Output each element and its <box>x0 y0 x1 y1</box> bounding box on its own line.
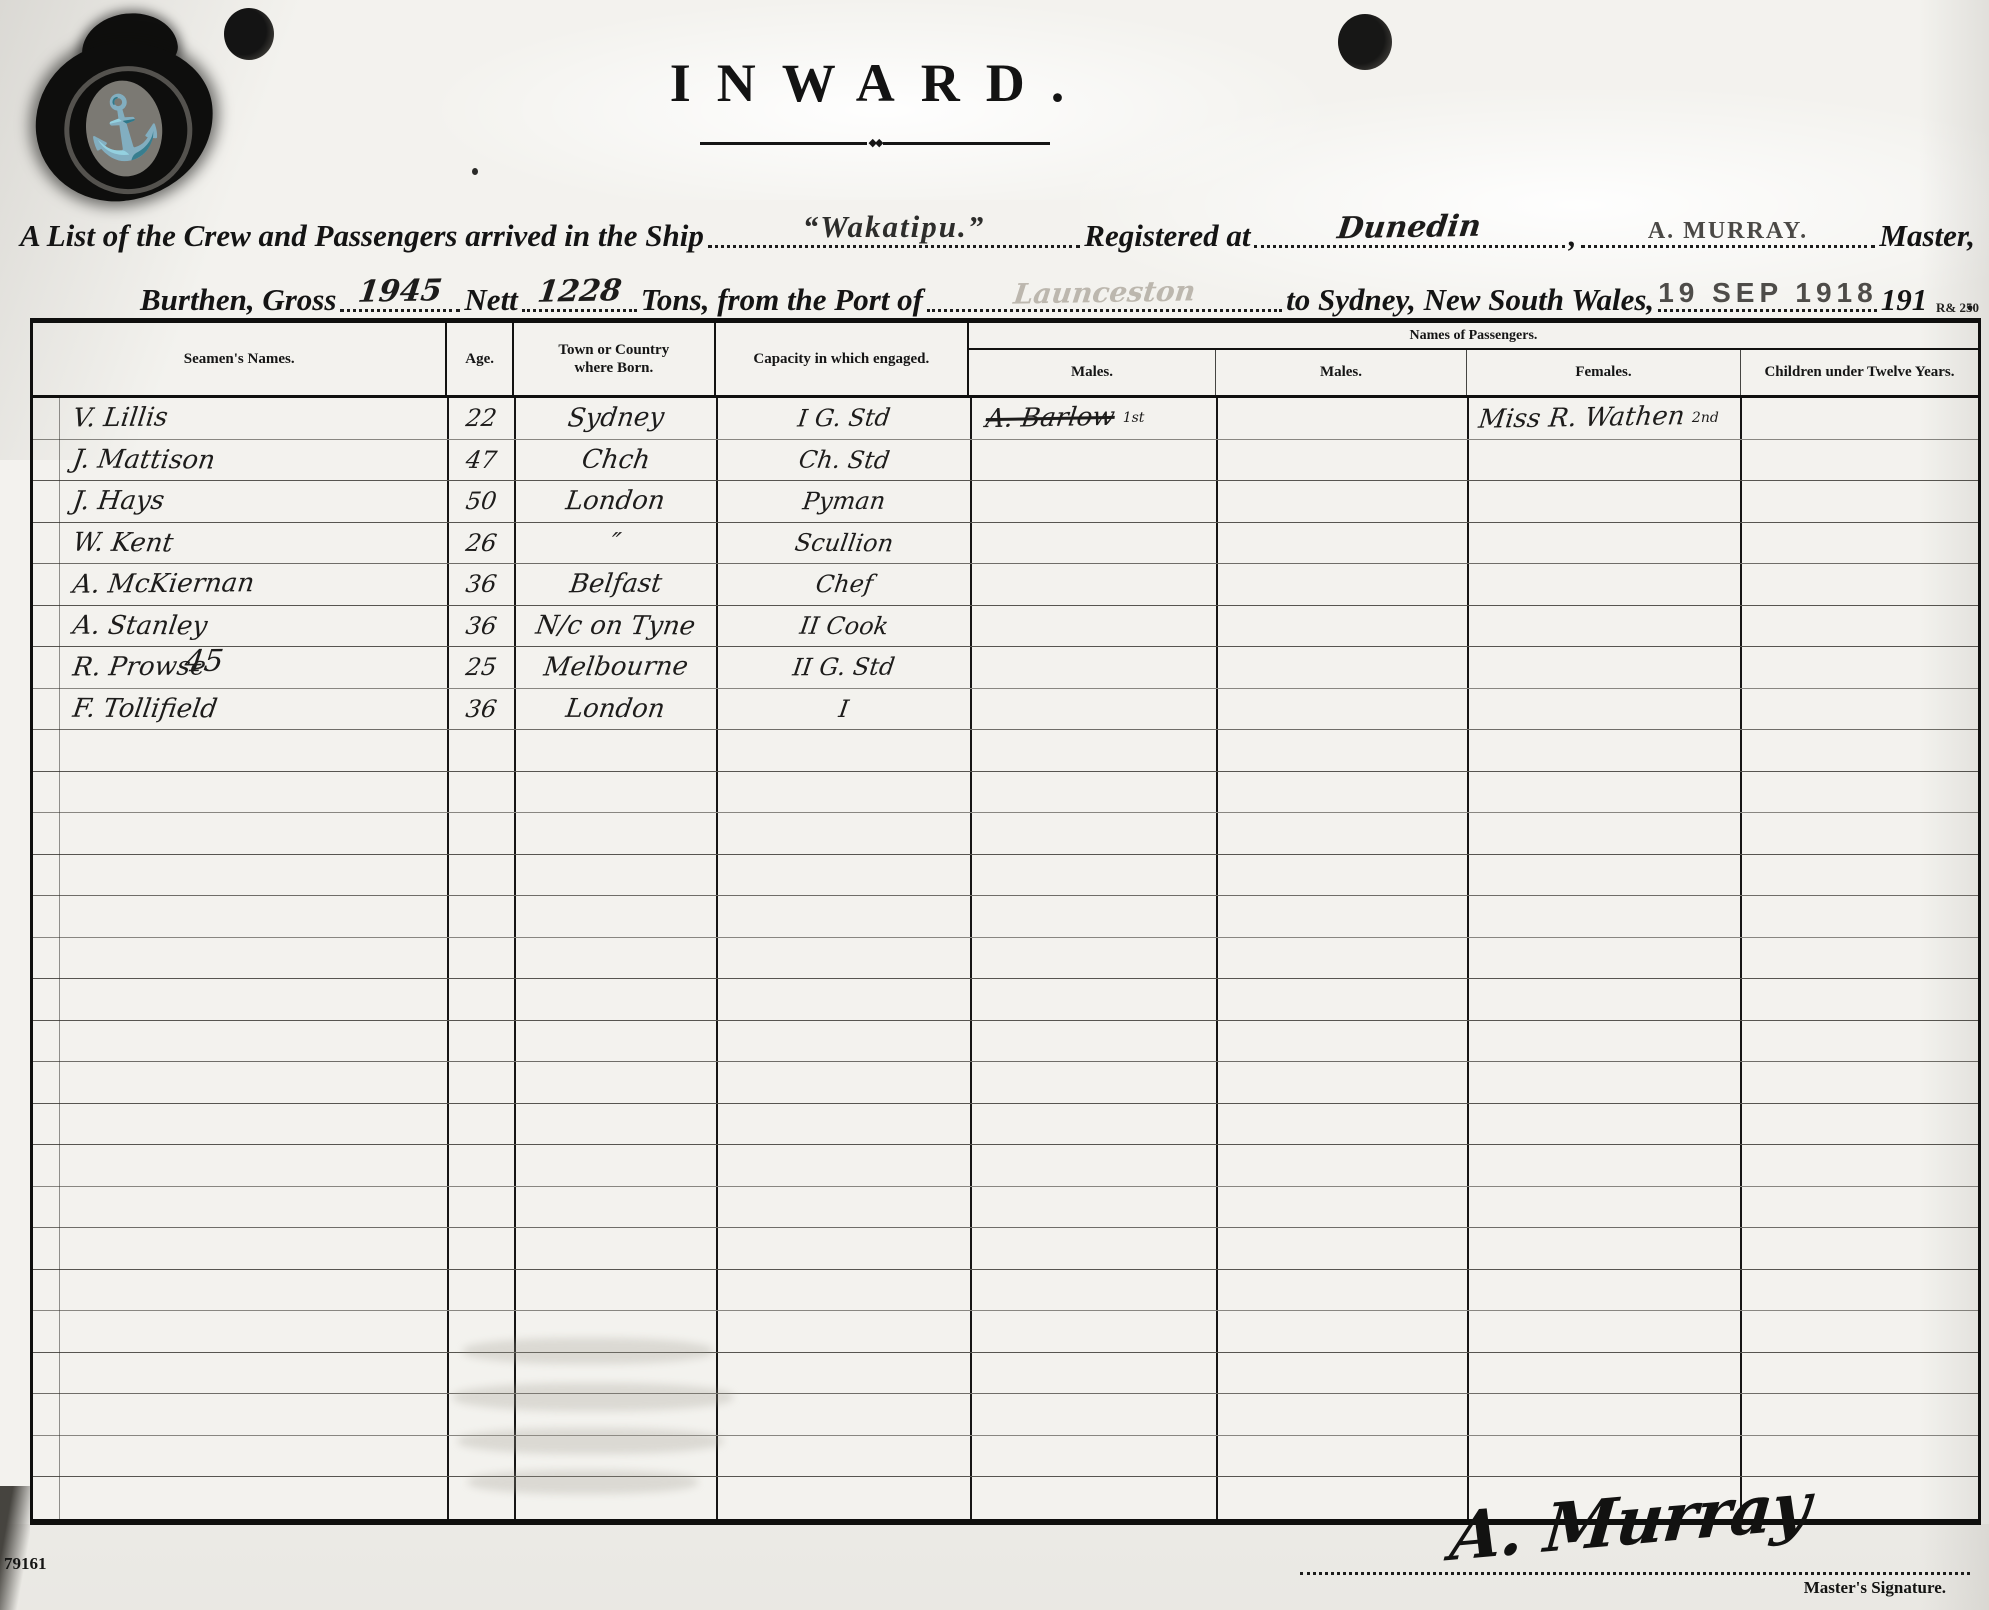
cell-males-2 <box>1218 689 1468 730</box>
cell-town: Chch <box>516 440 718 481</box>
table-row: A. McKiernan36BelfastChef <box>33 564 1978 606</box>
cell-capacity <box>718 1394 972 1435</box>
table-row: W. Kent26″Scullion <box>33 523 1978 565</box>
passenger-female-annotation: 2nd <box>1692 410 1719 426</box>
cell-seaman-name <box>33 1228 449 1269</box>
cell-males-1 <box>972 1477 1218 1519</box>
cell-age: 50 <box>449 481 516 522</box>
form-code: R& 250 <box>1936 300 1979 316</box>
cell-seaman-name: R. Prowse <box>33 647 449 688</box>
cell-males-2 <box>1218 1394 1468 1435</box>
table-row <box>33 1104 1978 1146</box>
burthen-label: Burthen, Gross <box>20 282 336 318</box>
cell-females <box>1469 689 1742 730</box>
table-row <box>33 1187 1978 1229</box>
cell-males-2 <box>1218 896 1468 937</box>
table-row <box>33 979 1978 1021</box>
cell-males-1 <box>972 1228 1218 1269</box>
cell-capacity: Ch. Std <box>718 440 972 481</box>
table-row <box>33 938 1978 980</box>
cell-seaman-name <box>33 1021 449 1062</box>
cell-age <box>449 1270 516 1311</box>
cell-seaman-name <box>33 730 449 771</box>
cell-children <box>1742 398 1978 439</box>
cell-males-1 <box>972 772 1218 813</box>
page-title: INWARD. <box>0 52 1760 114</box>
bleed-through-mark <box>468 1470 698 1494</box>
handwritten-entry: Chef <box>814 570 875 598</box>
cell-females <box>1469 1145 1742 1186</box>
table-row <box>33 1145 1978 1187</box>
table-row: R. Prowse25MelbourneII G. Std <box>33 647 1978 689</box>
signature-line <box>1300 1572 1970 1575</box>
table-row: F. Tollifield36LondonI <box>33 689 1978 731</box>
cell-town: Melbourne <box>516 647 718 688</box>
ornament-line <box>700 142 867 145</box>
cell-capacity <box>718 772 972 813</box>
cell-seaman-name: F. Tollifield <box>33 689 449 730</box>
table-header: Seamen's Names. Age. Town or Countrywher… <box>30 318 1981 398</box>
cell-children <box>1742 1394 1978 1435</box>
cell-town: Sydney <box>516 398 718 439</box>
header-town: Town or Countrywhere Born. <box>514 323 716 395</box>
table-body: 45 V. Lillis22SydneyI G. StdA. Barlow1st… <box>30 398 1981 1525</box>
cell-capacity: II Cook <box>718 606 972 647</box>
cell-age: 25 <box>449 647 516 688</box>
cell-males-2 <box>1218 481 1468 522</box>
cell-females <box>1469 938 1742 979</box>
cell-capacity: I G. Std <box>718 398 972 439</box>
cell-age: 36 <box>449 606 516 647</box>
ornament-diamond-icon: ◆◆ <box>867 138 884 149</box>
destination-label: to Sydney, New South Wales, <box>1286 282 1654 318</box>
passenger-male-annotation: 1st <box>1123 410 1145 426</box>
cell-children <box>1742 1021 1978 1062</box>
cell-seaman-name: J. Mattison <box>33 440 449 481</box>
cell-town <box>516 1187 718 1228</box>
bleed-through-mark <box>463 1338 713 1364</box>
cell-age <box>449 772 516 813</box>
scan-edge-shadow <box>0 1486 30 1610</box>
handwritten-entry: Chch <box>580 445 652 475</box>
cell-age <box>449 1228 516 1269</box>
registered-at-value: Dunedin <box>1252 207 1567 247</box>
handwritten-entry: Pyman <box>801 487 887 515</box>
cell-town: N/c on Tyne <box>516 606 718 647</box>
cell-children <box>1742 772 1978 813</box>
signature-block: A. Murray Master's Signature. <box>1280 1496 1980 1606</box>
ornament-line <box>883 142 1050 145</box>
cell-children <box>1742 855 1978 896</box>
cell-seaman-name: A. Stanley <box>33 606 449 647</box>
cell-females <box>1469 606 1742 647</box>
cell-town <box>516 730 718 771</box>
cell-females <box>1469 1353 1742 1394</box>
cell-age <box>449 938 516 979</box>
header-age: Age. <box>447 323 514 395</box>
cell-children <box>1742 1353 1978 1394</box>
cell-capacity: Scullion <box>718 523 972 564</box>
cell-age <box>449 813 516 854</box>
cell-males-2 <box>1218 606 1468 647</box>
handwritten-entry: V. Lillis <box>71 403 170 434</box>
cell-females <box>1469 1228 1742 1269</box>
port-field: Launceston <box>927 301 1282 312</box>
table-row <box>33 1021 1978 1063</box>
cell-seaman-name <box>33 1145 449 1186</box>
cell-males-1 <box>972 1104 1218 1145</box>
cell-seaman-name <box>33 979 449 1020</box>
cell-town: London <box>516 689 718 730</box>
registered-at-label: Registered at <box>1084 218 1250 254</box>
handwritten-entry: II G. Std <box>791 653 896 682</box>
cell-age: 36 <box>449 689 516 730</box>
cell-town <box>516 979 718 1020</box>
cell-females <box>1469 523 1742 564</box>
cell-children <box>1742 440 1978 481</box>
table-row <box>33 1394 1978 1436</box>
cell-females <box>1469 1394 1742 1435</box>
form-line-ship: A List of the Crew and Passengers arrive… <box>20 198 1975 254</box>
handwritten-entry: A. Stanley <box>71 610 209 641</box>
cell-age: 22 <box>449 398 516 439</box>
cell-seaman-name <box>33 855 449 896</box>
cell-children <box>1742 1104 1978 1145</box>
cell-capacity <box>718 813 972 854</box>
cell-seaman-name <box>33 1104 449 1145</box>
master-name-field: A. MURRAY. <box>1581 237 1876 248</box>
ship-line-prefix: A List of the Crew and Passengers arrive… <box>20 218 704 254</box>
cell-town <box>516 1104 718 1145</box>
cell-females <box>1469 440 1742 481</box>
cell-males-1 <box>972 730 1218 771</box>
cell-capacity: II G. Std <box>718 647 972 688</box>
cell-age <box>449 730 516 771</box>
header-children: Children under Twelve Years. <box>1741 350 1978 395</box>
cell-seaman-name: J. Hays <box>33 481 449 522</box>
handwritten-entry: Belfast <box>568 569 664 600</box>
cell-children <box>1742 1062 1978 1103</box>
cell-age <box>449 855 516 896</box>
handwritten-entry: Melbourne <box>542 652 690 683</box>
scanned-crew-list-document: ⚓ INWARD. ◆◆ A List of the Crew and Pass… <box>0 0 1989 1610</box>
cell-females: Miss R. Wathen2nd <box>1469 398 1742 439</box>
cell-capacity <box>718 730 972 771</box>
header-passengers-group: Names of Passengers. <box>969 323 1978 350</box>
cell-town <box>516 855 718 896</box>
cell-town: ″ <box>516 523 718 564</box>
handwritten-entry: W. Kent <box>71 527 175 558</box>
cell-males-2 <box>1218 1436 1468 1477</box>
table-row <box>33 772 1978 814</box>
cell-males-2 <box>1218 730 1468 771</box>
cell-females <box>1469 1104 1742 1145</box>
cell-males-2 <box>1218 979 1468 1020</box>
cell-children <box>1742 938 1978 979</box>
cell-males-2 <box>1218 1187 1468 1228</box>
table-row <box>33 855 1978 897</box>
cell-males-1 <box>972 979 1218 1020</box>
header-males-2: Males. <box>1216 350 1467 395</box>
cell-males-1 <box>972 523 1218 564</box>
cell-males-1 <box>972 1062 1218 1103</box>
cell-children <box>1742 523 1978 564</box>
registered-at-field: Dunedin <box>1254 237 1564 248</box>
cell-males-2 <box>1218 564 1468 605</box>
passenger-header-group: Names of Passengers. Males. Males. Femal… <box>969 323 1978 395</box>
cell-town: Belfast <box>516 564 718 605</box>
cell-males-2 <box>1218 647 1468 688</box>
handwritten-entry: London <box>564 486 667 517</box>
port-value-faint: Launceston <box>925 273 1285 312</box>
cell-capacity: I <box>718 689 972 730</box>
cell-males-2 <box>1218 1228 1468 1269</box>
handwritten-entry: Sydney <box>566 403 666 434</box>
cell-males-1 <box>972 896 1218 937</box>
gross-field: 1945 <box>340 301 460 312</box>
ink-speck <box>472 168 478 175</box>
handwritten-entry: 36 <box>464 612 499 640</box>
cell-males-2 <box>1218 1145 1468 1186</box>
cell-town <box>516 1270 718 1311</box>
cell-males-1 <box>972 1353 1218 1394</box>
cell-age <box>449 1104 516 1145</box>
handwritten-entry: J. Mattison <box>71 444 217 475</box>
cell-seaman-name <box>33 772 449 813</box>
nett-value: 1228 <box>520 273 640 310</box>
table-row <box>33 896 1978 938</box>
date-field: 19 SEP 1918 <box>1658 301 1877 312</box>
cell-males-1: A. Barlow1st <box>972 398 1218 439</box>
crew-passenger-table: Seamen's Names. Age. Town or Countrywher… <box>30 318 1981 1525</box>
cell-capacity <box>718 1436 972 1477</box>
cell-males-2 <box>1218 938 1468 979</box>
cell-females <box>1469 730 1742 771</box>
cell-capacity: Pyman <box>718 481 972 522</box>
table-row <box>33 1353 1978 1395</box>
cell-males-1 <box>972 481 1218 522</box>
header-females: Females. <box>1467 350 1741 395</box>
handwritten-entry: I <box>837 695 851 723</box>
cell-females <box>1469 896 1742 937</box>
cell-children <box>1742 481 1978 522</box>
header-males-1: Males. <box>969 350 1216 395</box>
cell-males-1 <box>972 1187 1218 1228</box>
cell-males-1 <box>972 606 1218 647</box>
cell-capacity <box>718 855 972 896</box>
cell-capacity <box>718 979 972 1020</box>
cell-males-1 <box>972 855 1218 896</box>
cell-capacity <box>718 1228 972 1269</box>
table-row: V. Lillis22SydneyI G. StdA. Barlow1stMis… <box>33 398 1978 440</box>
handwritten-entry: London <box>564 694 667 724</box>
cell-seaman-name: W. Kent <box>33 523 449 564</box>
nett-field: 1228 <box>522 301 637 312</box>
cell-age: 47 <box>449 440 516 481</box>
crew-total: 45 <box>183 644 226 680</box>
cell-capacity: Chef <box>718 564 972 605</box>
cell-females <box>1469 647 1742 688</box>
cell-age <box>449 1145 516 1186</box>
cell-males-2 <box>1218 1062 1468 1103</box>
cell-town <box>516 896 718 937</box>
cell-capacity <box>718 1145 972 1186</box>
cell-children <box>1742 1311 1978 1352</box>
cell-females <box>1469 772 1742 813</box>
cell-males-1 <box>972 1394 1218 1435</box>
master-name-stamp: A. MURRAY. <box>1581 218 1876 245</box>
cell-capacity <box>718 1187 972 1228</box>
cell-capacity <box>718 1311 972 1352</box>
cell-capacity <box>718 1270 972 1311</box>
cell-children <box>1742 730 1978 771</box>
cell-town <box>516 813 718 854</box>
handwritten-entry: 25 <box>464 653 498 681</box>
cell-females <box>1469 1311 1742 1352</box>
cell-capacity <box>718 1477 972 1519</box>
cell-town: London <box>516 481 718 522</box>
handwritten-entry: 36 <box>464 570 498 598</box>
cell-town <box>516 1145 718 1186</box>
cell-males-1 <box>972 564 1218 605</box>
cell-age: 36 <box>449 564 516 605</box>
table-row <box>33 1228 1978 1270</box>
cell-capacity <box>718 896 972 937</box>
cell-town <box>516 1228 718 1269</box>
handwritten-entry: 36 <box>464 695 499 723</box>
cell-capacity <box>718 1104 972 1145</box>
cell-children <box>1742 1145 1978 1186</box>
cell-seaman-name <box>33 1353 449 1394</box>
table-row: J. Hays50LondonPyman <box>33 481 1978 523</box>
handwritten-entry: Ch. Std <box>797 445 892 474</box>
cell-age <box>449 896 516 937</box>
cell-males-2 <box>1218 855 1468 896</box>
bleed-through-mark <box>453 1383 733 1411</box>
table-row: A. Stanley36N/c on TyneII Cook <box>33 606 1978 648</box>
cell-capacity <box>718 938 972 979</box>
cell-females <box>1469 979 1742 1020</box>
cell-males-2 <box>1218 772 1468 813</box>
cell-males-1 <box>972 1021 1218 1062</box>
cell-capacity <box>718 1021 972 1062</box>
cell-males-1 <box>972 813 1218 854</box>
cell-females <box>1469 1021 1742 1062</box>
cell-females <box>1469 1436 1742 1477</box>
cell-males-1 <box>972 647 1218 688</box>
handwritten-entry: 26 <box>464 529 499 557</box>
cell-children <box>1742 564 1978 605</box>
handwritten-entry: Scullion <box>793 528 895 557</box>
cell-males-1 <box>972 1270 1218 1311</box>
cell-males-1 <box>972 1145 1218 1186</box>
cell-seaman-name: A. McKiernan <box>33 564 449 605</box>
handwritten-entry: N/c on Tyne <box>534 610 697 641</box>
cell-seaman-name: V. Lillis <box>33 398 449 439</box>
handwritten-entry: J. Hays <box>71 486 166 516</box>
cell-children <box>1742 647 1978 688</box>
ship-name-field: “Wakatipu.” <box>708 237 1080 248</box>
cell-age: 26 <box>449 523 516 564</box>
cell-town <box>516 938 718 979</box>
cell-seaman-name <box>33 813 449 854</box>
table-row <box>33 1436 1978 1478</box>
cell-age <box>449 979 516 1020</box>
cell-males-2 <box>1218 398 1468 439</box>
cell-age <box>449 1021 516 1062</box>
year-prefix: 191 <box>1881 282 1928 318</box>
table-row <box>33 730 1978 772</box>
cell-town <box>516 1062 718 1103</box>
cell-town <box>516 772 718 813</box>
cell-children <box>1742 606 1978 647</box>
cell-females <box>1469 481 1742 522</box>
cell-seaman-name <box>33 1270 449 1311</box>
port-label: Tons, from the Port of <box>641 282 923 318</box>
cell-females <box>1469 855 1742 896</box>
handwritten-entry: 50 <box>464 487 498 515</box>
cell-males-2 <box>1218 1311 1468 1352</box>
cell-females <box>1469 1062 1742 1103</box>
cell-males-1 <box>972 938 1218 979</box>
handwritten-entry: A. McKiernan <box>71 568 256 600</box>
cell-males-2 <box>1218 1270 1468 1311</box>
cell-children <box>1742 896 1978 937</box>
date-stamp: 19 SEP 1918 <box>1658 277 1877 309</box>
cell-children <box>1742 1187 1978 1228</box>
gross-value: 1945 <box>338 273 463 310</box>
nett-label: Nett <box>464 282 517 318</box>
cell-capacity <box>718 1062 972 1103</box>
handwritten-entry: F. Tollifield <box>71 693 219 724</box>
header-seamen-names: Seamen's Names. <box>33 323 447 395</box>
handwritten-entry: I G. Std <box>796 404 892 433</box>
ship-name-stamp: “Wakatipu.” <box>708 209 1080 245</box>
cell-males-1 <box>972 1311 1218 1352</box>
cell-capacity <box>718 1353 972 1394</box>
cell-seaman-name <box>33 1187 449 1228</box>
handwritten-entry: II Cook <box>798 612 890 640</box>
cell-males-1 <box>972 689 1218 730</box>
cell-males-1 <box>972 1436 1218 1477</box>
table-row <box>33 813 1978 855</box>
cell-males-2 <box>1218 1353 1468 1394</box>
cell-children <box>1742 813 1978 854</box>
cell-seaman-name <box>33 1062 449 1103</box>
table-row: J. Mattison47ChchCh. Std <box>33 440 1978 482</box>
handwritten-entry: ″ <box>609 528 623 558</box>
cell-seaman-name <box>33 1436 449 1477</box>
sheet-number: 79161 <box>4 1554 47 1574</box>
comma: , <box>1569 218 1577 254</box>
cell-males-1 <box>972 440 1218 481</box>
table-row <box>33 1270 1978 1312</box>
handwritten-entry: 22 <box>464 404 498 432</box>
cell-age <box>449 1062 516 1103</box>
cell-town <box>516 1021 718 1062</box>
cell-age <box>449 1187 516 1228</box>
cell-females <box>1469 813 1742 854</box>
header-town-text: Town or Countrywhere Born. <box>558 341 669 377</box>
cell-males-2 <box>1218 1021 1468 1062</box>
cell-males-2 <box>1218 523 1468 564</box>
cell-children <box>1742 979 1978 1020</box>
passenger-female-name: Miss R. Wathen <box>1477 401 1686 435</box>
cell-females <box>1469 564 1742 605</box>
cell-females <box>1469 1270 1742 1311</box>
cell-children <box>1742 1228 1978 1269</box>
cell-males-2 <box>1218 440 1468 481</box>
